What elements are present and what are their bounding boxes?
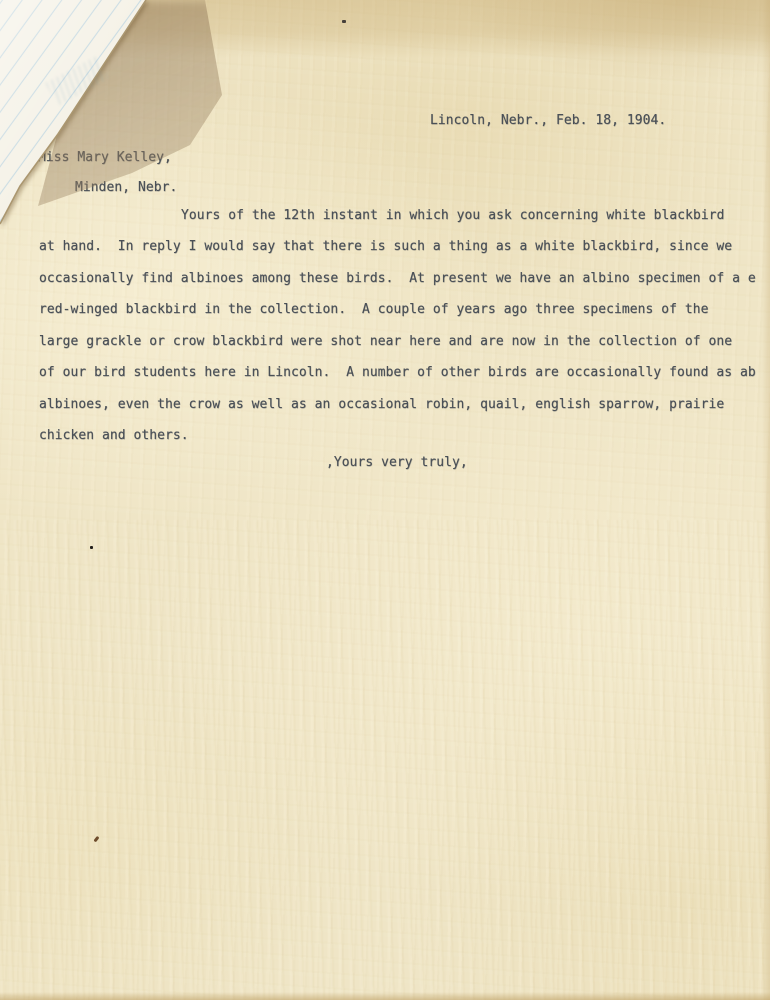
body-line: chicken and others. [39, 429, 189, 442]
bottom-wrinkle-texture [0, 520, 770, 1000]
body-line: red-winged blackbird in the collection. … [39, 303, 709, 316]
body-line: albinoes, even the crow as well as an oc… [39, 398, 724, 411]
body-line: Yours of the 12th instant in which you a… [181, 209, 725, 222]
lined-paper-corner [0, 0, 260, 260]
letter-page: Lincoln, Nebr., Feb. 18, 1904. Miss Mary… [0, 0, 770, 1000]
body-line: occasionally find albinoes among these b… [39, 272, 756, 285]
date-line: Lincoln, Nebr., Feb. 18, 1904. [430, 114, 666, 127]
top-right-discoloration [420, 0, 770, 120]
body-line: of our bird students here in Lincoln. A … [39, 366, 756, 379]
right-paper-edge [762, 0, 770, 1000]
ink-speck [90, 546, 93, 549]
closing-line: ,Yours very truly, [326, 456, 468, 469]
paper-blemish [93, 836, 99, 842]
body-line: large grackle or crow blackbird were sho… [39, 335, 732, 348]
bottom-paper-edge [0, 992, 770, 1000]
ink-speck [342, 20, 346, 23]
